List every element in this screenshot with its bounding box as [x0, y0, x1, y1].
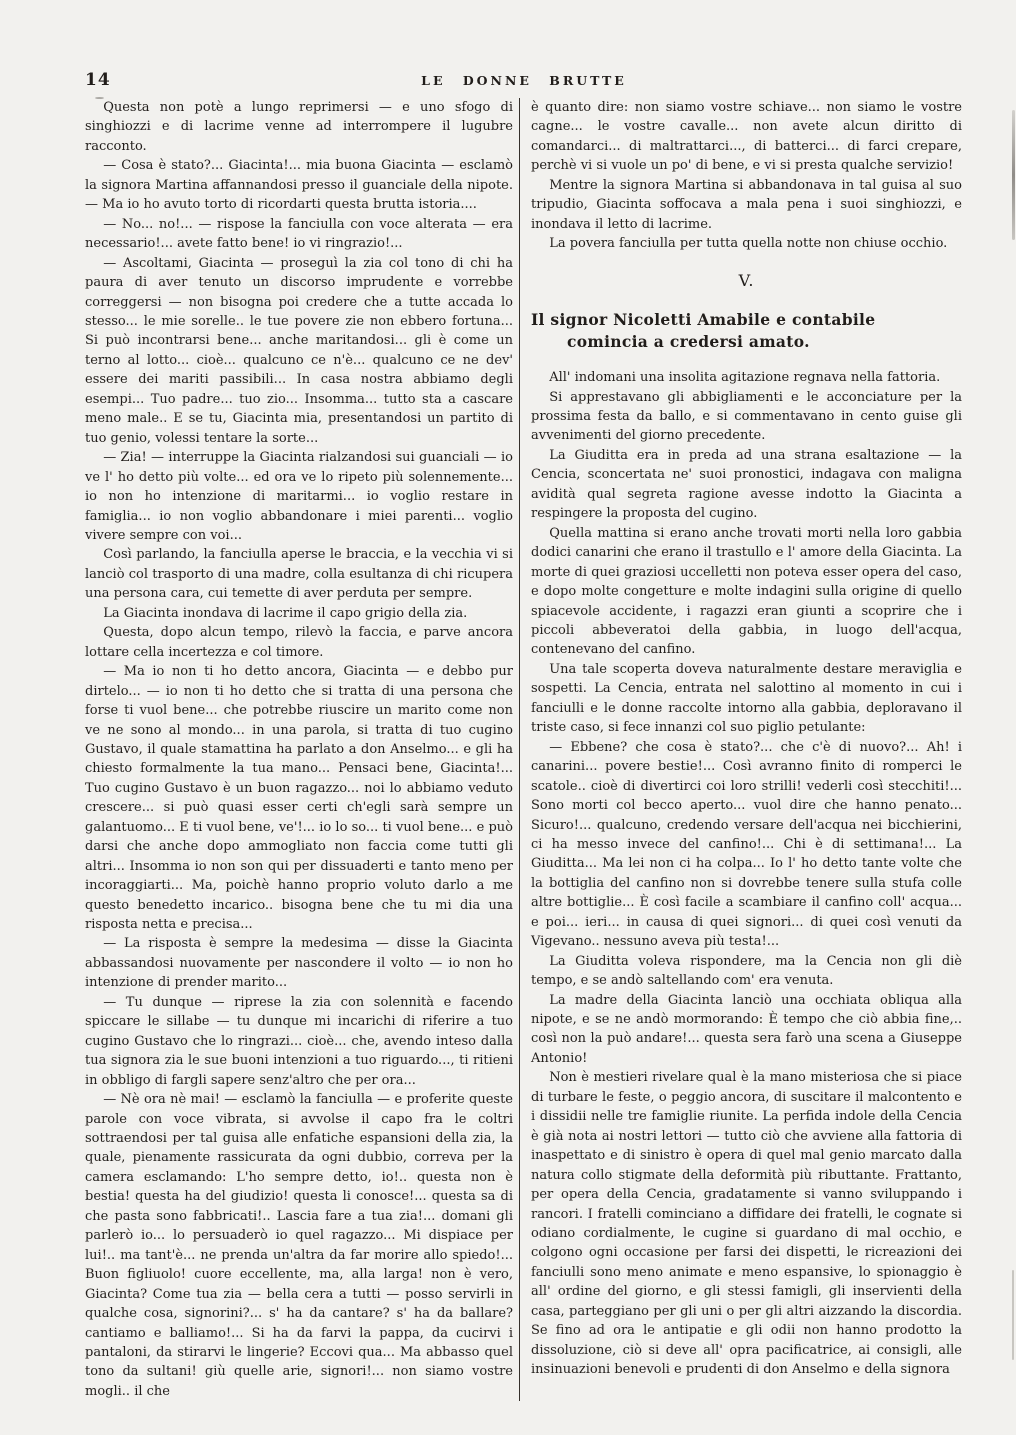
chapter-number: V. — [531, 271, 962, 290]
chapter-title: Il signor Nicoletti Amabile e contabile … — [531, 309, 962, 353]
text-columns: Questa non potè a lungo reprimersi — e u… — [85, 98, 963, 1401]
paragraph: — Ebbene? che cosa è stato?... che c'è d… — [531, 738, 962, 952]
running-header: 14 LE DONNE BRUTTE — [85, 70, 963, 94]
left-column: Questa non potè a lungo reprimersi — e u… — [85, 98, 513, 1401]
paragraph: Una tale scoperta doveva naturalmente de… — [531, 660, 962, 738]
paragraph: — Ascoltami, Giacinta — proseguì la zia … — [85, 254, 513, 449]
running-title: LE DONNE BRUTTE — [85, 73, 963, 88]
right-column: è quanto dire: non siamo vostre schiave.… — [531, 98, 962, 1401]
paragraph: La Giuditta voleva rispondere, ma la Cen… — [531, 952, 962, 991]
paragraph: — No... no!... — rispose la fanciulla co… — [85, 215, 513, 254]
column-divider-rule — [519, 98, 520, 1401]
paragraph: Si apprestavano gli abbigliamenti e le a… — [531, 388, 962, 446]
paragraph: All' indomani una insolita agitazione re… — [531, 368, 962, 387]
paragraph: Quella mattina si erano anche trovati mo… — [531, 524, 962, 660]
paragraph: La Giacinta inondava di lacrime il capo … — [85, 604, 513, 623]
paragraph: — Nè ora nè mai! — esclamò la fanciulla … — [85, 1090, 513, 1401]
paragraph: Mentre la signora Martina si abbandonava… — [531, 176, 962, 234]
paragraph: Così parlando, la fanciulla aperse le br… — [85, 545, 513, 603]
paragraph: La Giuditta era in preda ad una strana e… — [531, 446, 962, 524]
paragraph: — Tu dunque — riprese la zia con solenni… — [85, 993, 513, 1090]
paragraph: — Ma io non ti ho detto ancora, Giacinta… — [85, 662, 513, 934]
paragraph: — Cosa è stato?... Giacinta!... mia buon… — [85, 156, 513, 214]
scan-edge-artifact — [1012, 110, 1015, 240]
paragraph: Non è mestieri rivelare qual è la mano m… — [531, 1068, 962, 1379]
paragraph: La madre della Giacinta lanciò una occhi… — [531, 991, 962, 1069]
paragraph-continuation: è quanto dire: non siamo vostre schiave.… — [531, 98, 962, 176]
paragraph: Questa, dopo alcun tempo, rilevò la facc… — [85, 623, 513, 662]
scan-edge-artifact — [1012, 1270, 1014, 1360]
paragraph: La povera fanciulla per tutta quella not… — [531, 234, 962, 253]
paragraph: Questa non potè a lungo reprimersi — e u… — [85, 98, 513, 156]
paragraph: — Zia! — interruppe la Giacinta rialzand… — [85, 448, 513, 545]
book-page-scan: 14 LE DONNE BRUTTE Questa non potè a lun… — [0, 0, 1016, 1435]
paragraph: — La risposta è sempre la medesima — dis… — [85, 934, 513, 992]
